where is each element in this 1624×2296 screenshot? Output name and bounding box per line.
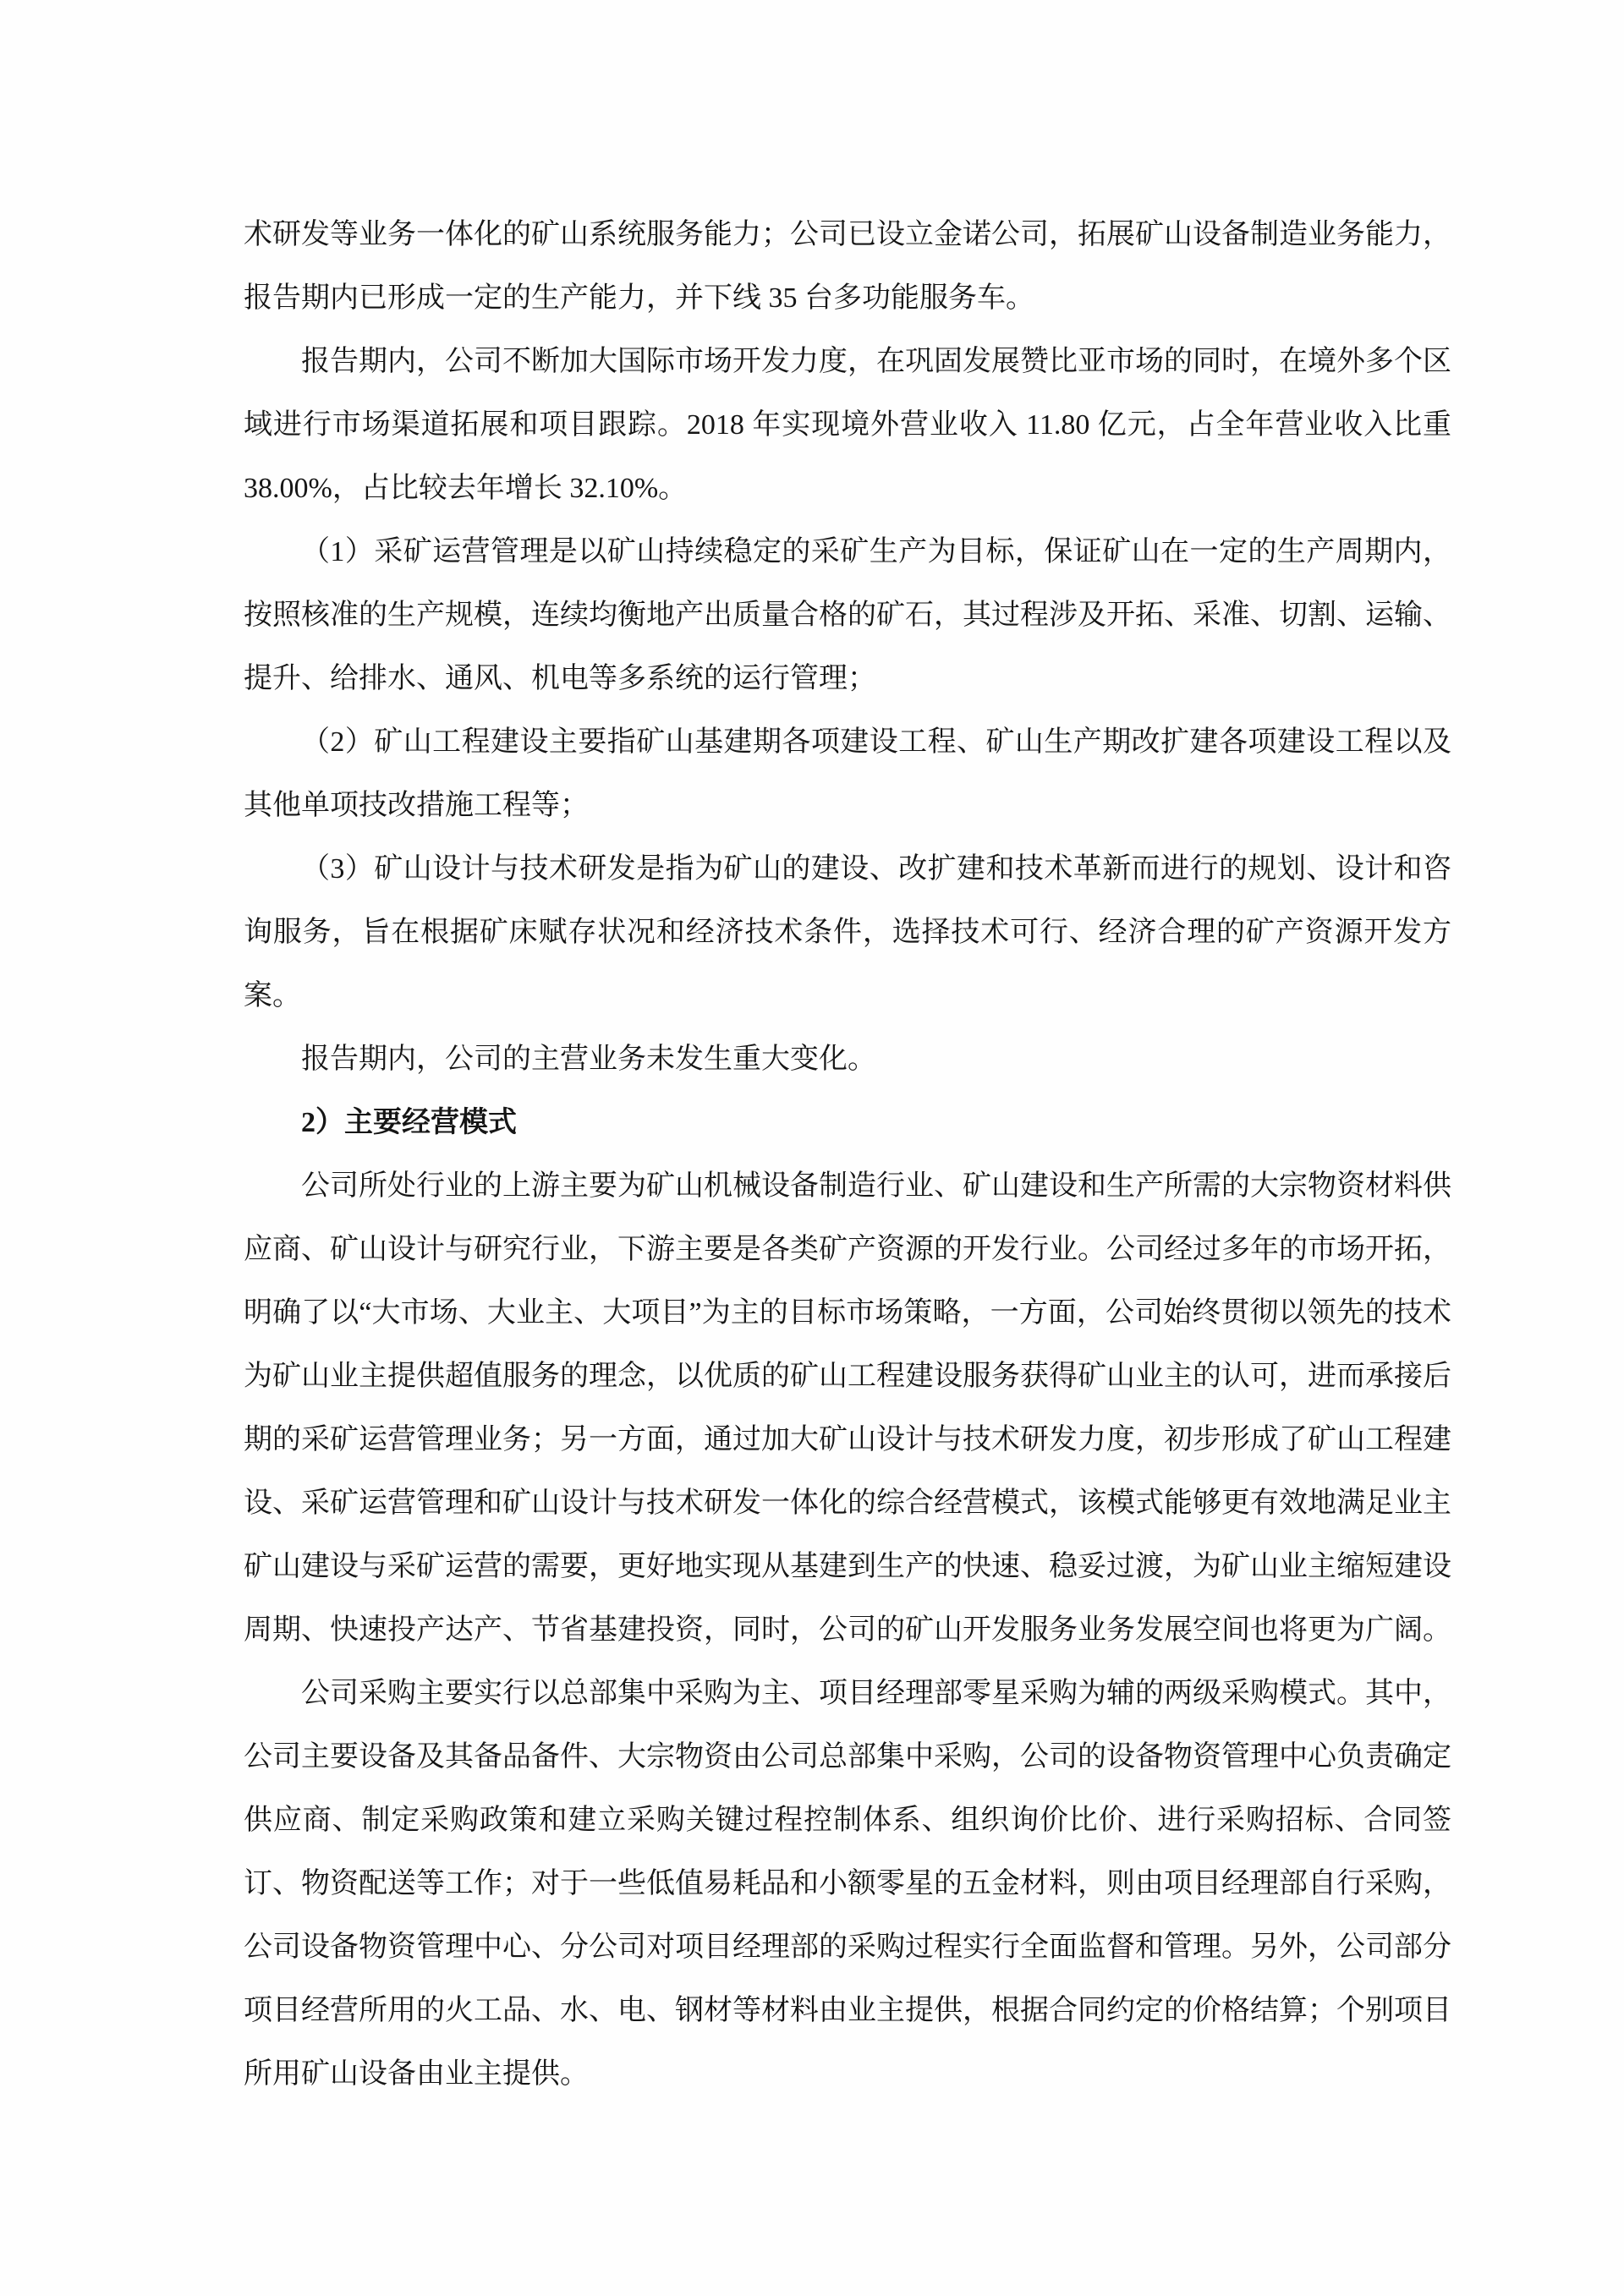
- paragraph-mine-construction: （2）矿山工程建设主要指矿山基建期各项建设工程、矿山生产期改扩建各项建设工程以及…: [244, 710, 1451, 837]
- paragraph-mining-operation-management: （1）采矿运营管理是以矿山持续稳定的采矿生产为目标，保证矿山在一定的生产周期内，…: [244, 520, 1451, 710]
- paragraph-international-market: 报告期内，公司不断加大国际市场开发力度，在巩固发展赞比亚市场的同时，在境外多个区…: [244, 330, 1451, 520]
- paragraph-continued: 术研发等业务一体化的矿山系统服务能力；公司已设立金诺公司，拓展矿山设备制造业务能…: [244, 203, 1451, 330]
- paragraph-procurement-model: 公司采购主要实行以总部集中采购为主、项目经理部零星采购为辅的两级采购模式。其中，…: [244, 1662, 1451, 2106]
- document-page: 术研发等业务一体化的矿山系统服务能力；公司已设立金诺公司，拓展矿山设备制造业务能…: [0, 0, 1624, 2296]
- paragraph-industry-chain-and-model: 公司所处行业的上游主要为矿山机械设备制造行业、矿山建设和生产所需的大宗物资材料供…: [244, 1154, 1451, 1662]
- page-text-content: 术研发等业务一体化的矿山系统服务能力；公司已设立金诺公司，拓展矿山设备制造业务能…: [244, 203, 1451, 2106]
- paragraph-main-business-unchanged: 报告期内，公司的主营业务未发生重大变化。: [244, 1027, 1451, 1091]
- section-heading-business-model: 2）主要经营模式: [244, 1091, 1451, 1154]
- paragraph-mine-design-rnd: （3）矿山设计与技术研发是指为矿山的建设、改扩建和技术革新而进行的规划、设计和咨…: [244, 837, 1451, 1027]
